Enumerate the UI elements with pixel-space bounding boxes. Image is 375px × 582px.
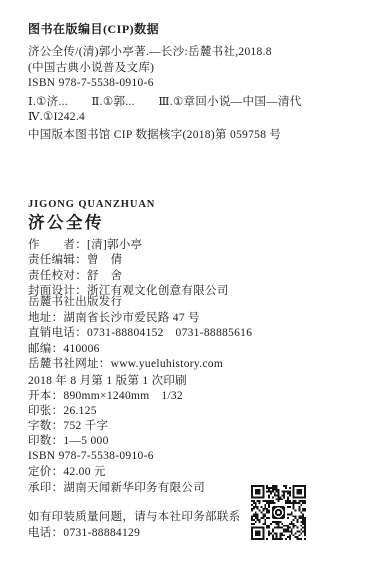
publisher-name-line: 岳麓书社出版发行 bbox=[28, 295, 358, 311]
credits-list: 作 者：[清]郭小亭 责任编辑：曾 倩 责任校对：舒 舍 封面设计：浙江有观文化… bbox=[28, 238, 358, 300]
printer-line: 承印：湖南天闻新华印务有限公司 bbox=[28, 481, 358, 497]
isbn-line: ISBN 978-7-5538-0910-6 bbox=[28, 449, 358, 464]
publisher-postcode-line: 邮编：410006 bbox=[28, 342, 358, 358]
cip-description: 济公全传/(清)郭小亭著.—长沙:岳麓书社,2018.8 bbox=[28, 45, 358, 61]
credit-value-proofreader: 舒 舍 bbox=[87, 270, 122, 282]
book-title-pinyin: JIGONG QUANZHUAN bbox=[28, 198, 358, 211]
cip-record-number: 中国版本图书馆 CIP 数据核字(2018)第 059758 号 bbox=[28, 128, 358, 144]
credit-label-author: 作 者 bbox=[28, 239, 75, 251]
book-title: 济公全传 bbox=[28, 212, 358, 233]
word-count-line: 字数：752 千字 bbox=[28, 419, 358, 434]
cip-series: (中国古典小说普及文库) bbox=[28, 61, 358, 77]
quality-notice-line: 如有印装质量问题，请与本社印务部联系 bbox=[28, 509, 288, 525]
cip-block: 图书在版编目(CIP)数据 济公全传/(清)郭小亭著.—长沙:岳麓书社,2018… bbox=[28, 22, 358, 143]
qr-code-image bbox=[251, 485, 306, 540]
qr-code bbox=[251, 485, 306, 540]
credit-value-author: [清]郭小亭 bbox=[87, 239, 142, 251]
publisher-website-line: 岳麓书社网址：www.yueluhistory.com bbox=[28, 357, 358, 373]
credit-row-proofreader: 责任校对：舒 舍 bbox=[28, 269, 358, 284]
credit-separator: ： bbox=[75, 239, 87, 251]
publisher-address-line: 地址：湖南省长沙市爱民路 47 号 bbox=[28, 311, 358, 327]
format-line: 开本：890mm×1240mm 1/32 bbox=[28, 389, 358, 404]
publisher-block: 岳麓书社出版发行 地址：湖南省长沙市爱民路 47 号 直销电话：0731-888… bbox=[28, 295, 358, 373]
credit-label-editor: 责任编辑 bbox=[28, 254, 75, 266]
cip-isbn: ISBN 978-7-5538-0910-6 bbox=[28, 76, 358, 92]
cip-heading: 图书在版编目(CIP)数据 bbox=[28, 22, 358, 36]
credit-separator: ： bbox=[75, 270, 87, 282]
printing-block: 2018 年 8 月第 1 版第 1 次印刷 开本：890mm×1240mm 1… bbox=[28, 374, 358, 480]
credit-label-proofreader: 责任校对 bbox=[28, 270, 75, 282]
credit-separator: ： bbox=[75, 254, 87, 266]
cip-classification-2: Ⅳ.①I242.4 bbox=[28, 110, 358, 126]
qr-center-logo bbox=[272, 506, 285, 519]
publisher-phones-line: 直销电话：0731-88804152 0731-88885616 bbox=[28, 326, 358, 342]
cip-classification-1: Ⅰ.①济... Ⅱ.①郭... Ⅲ.①章回小说—中国—清代 bbox=[28, 95, 358, 111]
edition-line: 2018 年 8 月第 1 版第 1 次印刷 bbox=[28, 374, 358, 389]
print-run-line: 印数：1—5 000 bbox=[28, 434, 358, 449]
service-phone-line: 电话：0731-88884129 bbox=[28, 525, 288, 541]
credit-row-author: 作 者：[清]郭小亭 bbox=[28, 238, 358, 253]
footer-notice: 如有印装质量问题，请与本社印务部联系 电话：0731-88884129 bbox=[28, 509, 288, 541]
price-line: 定价：42.00 元 bbox=[28, 465, 358, 480]
sheets-line: 印张：26.125 bbox=[28, 404, 358, 419]
title-block: JIGONG QUANZHUAN 济公全传 作 者：[清]郭小亭 责任编辑：曾 … bbox=[28, 198, 358, 300]
credit-row-editor: 责任编辑：曾 倩 bbox=[28, 253, 358, 268]
credit-value-editor: 曾 倩 bbox=[87, 254, 122, 266]
